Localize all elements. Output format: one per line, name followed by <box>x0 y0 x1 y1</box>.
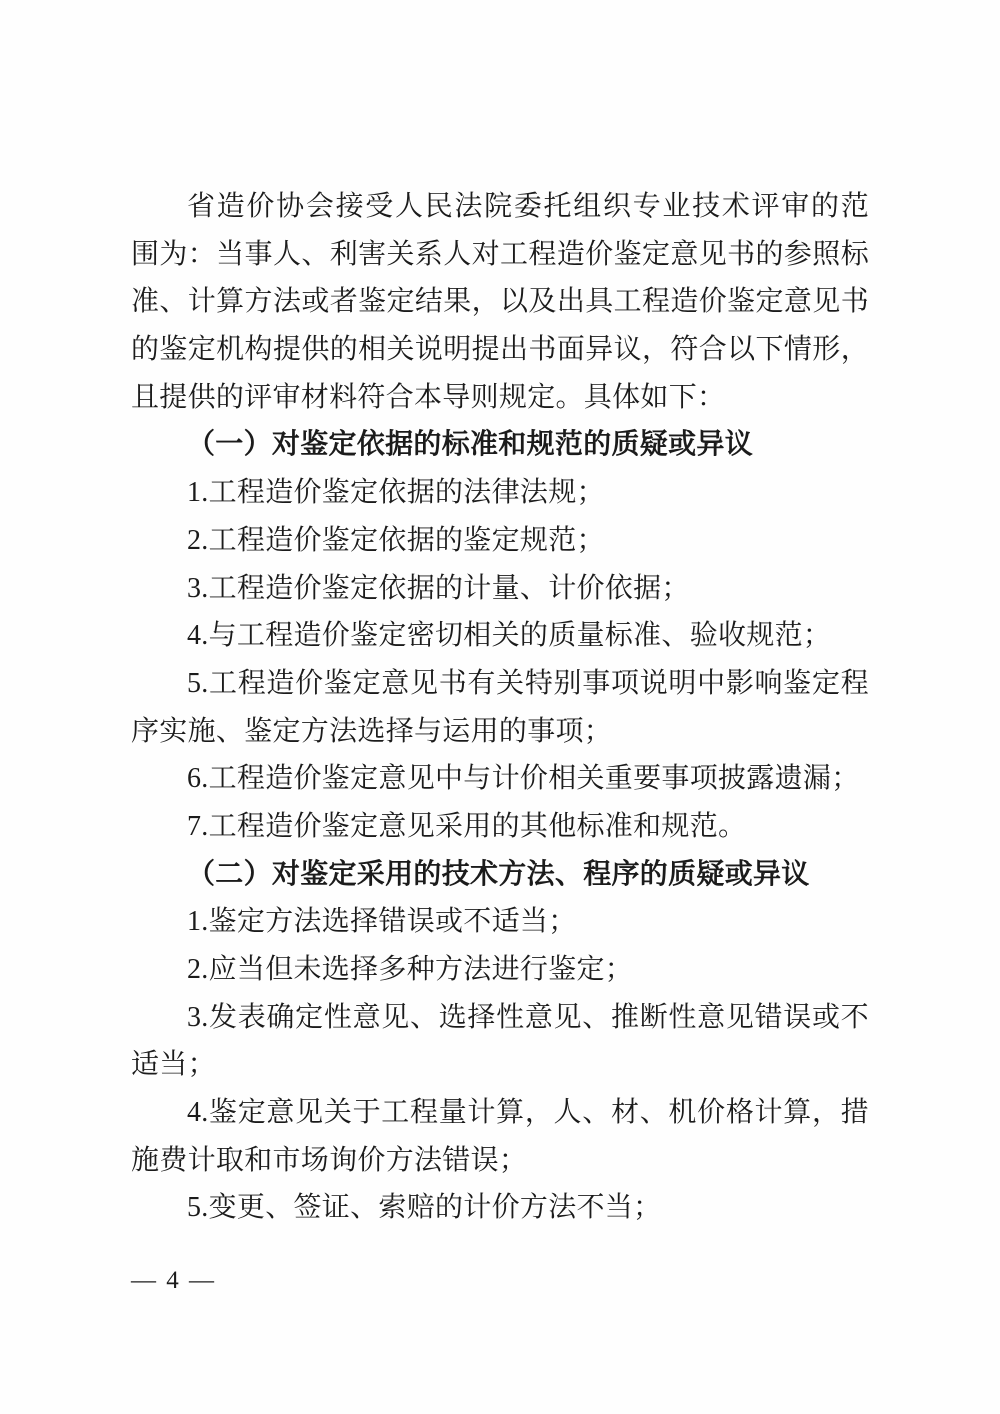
text-line: 4.鉴定意见关于工程量计算，人、材、机价格计算，措 <box>131 1089 869 1137</box>
text-line: 5.变更、签证、索赔的计价方法不当； <box>131 1184 869 1232</box>
text-line: 的鉴定机构提供的相关说明提出书面异议，符合以下情形， <box>131 326 869 374</box>
text-line: 5.工程造价鉴定意见书有关特别事项说明中影响鉴定程 <box>131 660 869 708</box>
text-line: 1.鉴定方法选择错误或不适当； <box>131 898 869 946</box>
text-line: 准、计算方法或者鉴定结果，以及出具工程造价鉴定意见书 <box>131 278 869 326</box>
text-line: 7.工程造价鉴定意见采用的其他标准和规范。 <box>131 803 869 851</box>
text-line: 围为：当事人、利害关系人对工程造价鉴定意见书的参照标 <box>131 231 869 279</box>
text-line: 施费计取和市场询价方法错误； <box>131 1137 869 1185</box>
text-line: 且提供的评审材料符合本导则规定。具体如下： <box>131 374 869 422</box>
text-line: 序实施、鉴定方法选择与运用的事项； <box>131 708 869 756</box>
heading-line: （一）对鉴定依据的标准和规范的质疑或异议 <box>131 421 869 469</box>
document-body: 省造价协会接受人民法院委托组织专业技术评审的范围为：当事人、利害关系人对工程造价… <box>131 183 869 1232</box>
text-line: 6.工程造价鉴定意见中与计价相关重要事项披露遗漏； <box>131 755 869 803</box>
document-page: 省造价协会接受人民法院委托组织专业技术评审的范围为：当事人、利害关系人对工程造价… <box>0 0 1000 1414</box>
page-number: — 4 — <box>131 1267 216 1294</box>
text-line: 2.应当但未选择多种方法进行鉴定； <box>131 946 869 994</box>
page-footer: — 4 — <box>131 1266 216 1296</box>
text-line: 省造价协会接受人民法院委托组织专业技术评审的范 <box>131 183 869 231</box>
text-line: 3.发表确定性意见、选择性意见、推断性意见错误或不 <box>131 994 869 1042</box>
text-line: 2.工程造价鉴定依据的鉴定规范； <box>131 517 869 565</box>
heading-line: （二）对鉴定采用的技术方法、程序的质疑或异议 <box>131 851 869 899</box>
text-line: 1.工程造价鉴定依据的法律法规； <box>131 469 869 517</box>
text-line: 3.工程造价鉴定依据的计量、计价依据； <box>131 565 869 613</box>
text-line: 4.与工程造价鉴定密切相关的质量标准、验收规范； <box>131 612 869 660</box>
text-line: 适当； <box>131 1041 869 1089</box>
